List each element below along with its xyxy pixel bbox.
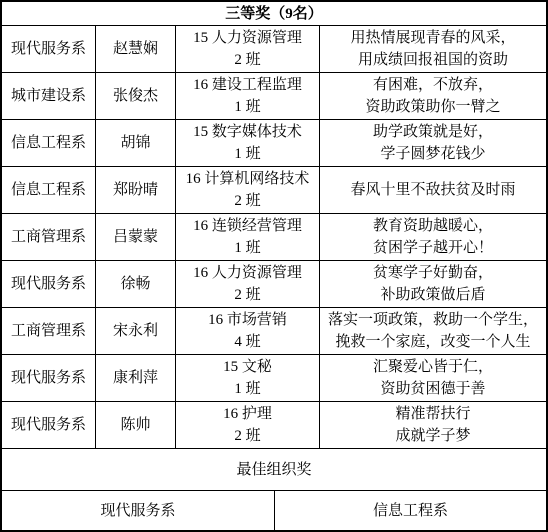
department-cell: 城市建设系 bbox=[2, 73, 95, 119]
organization-award-title: 最佳组织奖 bbox=[2, 449, 546, 490]
slogan-line-1: 助学政策就是好， bbox=[373, 121, 493, 143]
name-cell: 康利萍 bbox=[95, 355, 175, 401]
department-text: 现代服务系 bbox=[11, 367, 86, 389]
department-cell: 现代服务系 bbox=[2, 402, 95, 448]
slogan-cell: 汇聚爱心皆于仁， 资助贫困德于善 bbox=[319, 355, 546, 401]
winner-name-text: 胡锦 bbox=[120, 132, 150, 154]
winner-name-text: 康利萍 bbox=[113, 367, 158, 389]
table-row: 工商管理系 吕蒙蒙 16 连锁经营管理 1 班 教育资助越暖心， 贫困学子越开心… bbox=[2, 213, 546, 260]
class-line-2: 1 班 bbox=[234, 96, 260, 118]
slogan-cell: 用热情展现青春的风采， 用成绩回报祖国的资助 bbox=[319, 26, 546, 72]
name-cell: 宋永利 bbox=[95, 308, 175, 354]
department-text: 信息工程系 bbox=[11, 132, 86, 154]
organization-award-winner-right: 信息工程系 bbox=[274, 491, 546, 530]
table-row: 城市建设系 张俊杰 16 建设工程监理 1 班 有困难，不放弃， 资助政策助你一… bbox=[2, 72, 546, 119]
table-row: 工商管理系 宋永利 16 市场营销 4 班 落实一项政策，救助一个学生， 挽救一… bbox=[2, 307, 546, 354]
slogan-line-1: 精准帮扶行 bbox=[395, 403, 470, 425]
class-line-1: 15 文秘 bbox=[223, 356, 272, 378]
department-cell: 信息工程系 bbox=[2, 167, 95, 213]
department-cell: 现代服务系 bbox=[2, 261, 95, 307]
class-line-2: 4 班 bbox=[234, 331, 260, 353]
slogan-line-1: 教育资助越暖心， bbox=[373, 215, 493, 237]
class-line-1: 16 计算机网络技术 bbox=[186, 168, 310, 190]
department-cell: 现代服务系 bbox=[2, 26, 95, 72]
class-cell: 15 文秘 1 班 bbox=[175, 355, 319, 401]
class-line-2: 1 班 bbox=[234, 237, 260, 259]
winner-name-text: 张俊杰 bbox=[113, 85, 158, 107]
class-line-1: 16 市场营销 bbox=[208, 309, 287, 331]
name-cell: 郑盼晴 bbox=[95, 167, 175, 213]
slogan-line-2: 学子圆梦花钱少 bbox=[380, 143, 485, 165]
prize-header-row: 三等奖（9名） bbox=[2, 2, 546, 25]
table-row: 信息工程系 郑盼晴 16 计算机网络技术 2 班 春风十里不敌扶贫及时雨 bbox=[2, 166, 546, 213]
class-line-1: 15 数字媒体技术 bbox=[193, 121, 302, 143]
slogan-cell: 贫寒学子好勤奋， 补助政策做后盾 bbox=[319, 261, 546, 307]
class-cell: 16 建设工程监理 1 班 bbox=[175, 73, 319, 119]
class-line-2: 1 班 bbox=[234, 378, 260, 400]
class-line-2: 2 班 bbox=[234, 190, 260, 212]
name-cell: 赵慧娴 bbox=[95, 26, 175, 72]
organization-award-winners-row: 现代服务系 信息工程系 bbox=[2, 490, 546, 530]
slogan-line-1: 用热情展现青春的风采， bbox=[350, 27, 515, 49]
winner-name-text: 吕蒙蒙 bbox=[113, 226, 158, 248]
slogan-line-1: 春风十里不敌扶贫及时雨 bbox=[350, 179, 515, 201]
slogan-line-2: 挽救一个家庭，改变一个人生 bbox=[335, 331, 530, 353]
slogan-line-2: 成就学子梦 bbox=[395, 425, 470, 447]
winner-name-text: 宋永利 bbox=[113, 320, 158, 342]
class-line-1: 16 连锁经营管理 bbox=[193, 215, 302, 237]
class-line-1: 16 人力资源管理 bbox=[193, 262, 302, 284]
class-cell: 15 人力资源管理 2 班 bbox=[175, 26, 319, 72]
slogan-line-2: 用成绩回报祖国的资助 bbox=[358, 49, 508, 71]
organization-award-header-row: 最佳组织奖 bbox=[2, 448, 546, 490]
slogan-line-1: 贫寒学子好勤奋， bbox=[373, 262, 493, 284]
name-cell: 张俊杰 bbox=[95, 73, 175, 119]
name-cell: 陈帅 bbox=[95, 402, 175, 448]
winner-name-text: 徐畅 bbox=[120, 273, 150, 295]
class-line-2: 2 班 bbox=[234, 425, 260, 447]
slogan-cell: 有困难，不放弃， 资助政策助你一臂之 bbox=[319, 73, 546, 119]
table-row: 现代服务系 赵慧娴 15 人力资源管理 2 班 用热情展现青春的风采， 用成绩回… bbox=[2, 25, 546, 72]
slogan-cell: 精准帮扶行 成就学子梦 bbox=[319, 402, 546, 448]
slogan-line-2: 资助政策助你一臂之 bbox=[365, 96, 500, 118]
winner-name-text: 陈帅 bbox=[120, 414, 150, 436]
organization-award-winner-left: 现代服务系 bbox=[2, 491, 274, 530]
slogan-cell: 春风十里不敌扶贫及时雨 bbox=[319, 167, 546, 213]
class-line-2: 2 班 bbox=[234, 49, 260, 71]
slogan-line-2: 补助政策做后盾 bbox=[380, 284, 485, 306]
table-row: 现代服务系 康利萍 15 文秘 1 班 汇聚爱心皆于仁， 资助贫困德于善 bbox=[2, 354, 546, 401]
department-text: 工商管理系 bbox=[11, 226, 86, 248]
table-row: 信息工程系 胡锦 15 数字媒体技术 1 班 助学政策就是好， 学子圆梦花钱少 bbox=[2, 119, 546, 166]
name-cell: 胡锦 bbox=[95, 120, 175, 166]
department-cell: 工商管理系 bbox=[2, 308, 95, 354]
slogan-cell: 助学政策就是好， 学子圆梦花钱少 bbox=[319, 120, 546, 166]
slogan-line-1: 有困难，不放弃， bbox=[373, 74, 493, 96]
slogan-line-1: 汇聚爱心皆于仁， bbox=[373, 356, 493, 378]
department-cell: 工商管理系 bbox=[2, 214, 95, 260]
department-text: 现代服务系 bbox=[11, 414, 86, 436]
class-cell: 16 计算机网络技术 2 班 bbox=[175, 167, 319, 213]
class-cell: 15 数字媒体技术 1 班 bbox=[175, 120, 319, 166]
slogan-line-2: 资助贫困德于善 bbox=[380, 378, 485, 400]
slogan-line-1: 落实一项政策，救助一个学生， bbox=[328, 309, 538, 331]
class-cell: 16 连锁经营管理 1 班 bbox=[175, 214, 319, 260]
name-cell: 吕蒙蒙 bbox=[95, 214, 175, 260]
slogan-line-2: 贫困学子越开心！ bbox=[373, 237, 493, 259]
class-line-2: 1 班 bbox=[234, 143, 260, 165]
table-row: 现代服务系 徐畅 16 人力资源管理 2 班 贫寒学子好勤奋， 补助政策做后盾 bbox=[2, 260, 546, 307]
class-line-1: 16 护理 bbox=[223, 403, 272, 425]
class-cell: 16 护理 2 班 bbox=[175, 402, 319, 448]
department-text: 信息工程系 bbox=[11, 179, 86, 201]
class-line-1: 16 建设工程监理 bbox=[193, 74, 302, 96]
slogan-cell: 落实一项政策，救助一个学生， 挽救一个家庭，改变一个人生 bbox=[319, 308, 546, 354]
class-line-1: 15 人力资源管理 bbox=[193, 27, 302, 49]
department-cell: 现代服务系 bbox=[2, 355, 95, 401]
department-cell: 信息工程系 bbox=[2, 120, 95, 166]
winner-name-text: 赵慧娴 bbox=[113, 38, 158, 60]
class-line-2: 2 班 bbox=[234, 284, 260, 306]
department-text: 城市建设系 bbox=[11, 85, 86, 107]
class-cell: 16 市场营销 4 班 bbox=[175, 308, 319, 354]
department-text: 现代服务系 bbox=[11, 273, 86, 295]
department-text: 现代服务系 bbox=[11, 38, 86, 60]
third-prize-title: 三等奖（9名） bbox=[2, 2, 546, 25]
department-text: 工商管理系 bbox=[11, 320, 86, 342]
awards-table: 三等奖（9名） 现代服务系 赵慧娴 15 人力资源管理 2 班 用热情展现青春的… bbox=[0, 0, 548, 532]
winner-name-text: 郑盼晴 bbox=[113, 179, 158, 201]
name-cell: 徐畅 bbox=[95, 261, 175, 307]
slogan-cell: 教育资助越暖心， 贫困学子越开心！ bbox=[319, 214, 546, 260]
class-cell: 16 人力资源管理 2 班 bbox=[175, 261, 319, 307]
table-row: 现代服务系 陈帅 16 护理 2 班 精准帮扶行 成就学子梦 bbox=[2, 401, 546, 448]
